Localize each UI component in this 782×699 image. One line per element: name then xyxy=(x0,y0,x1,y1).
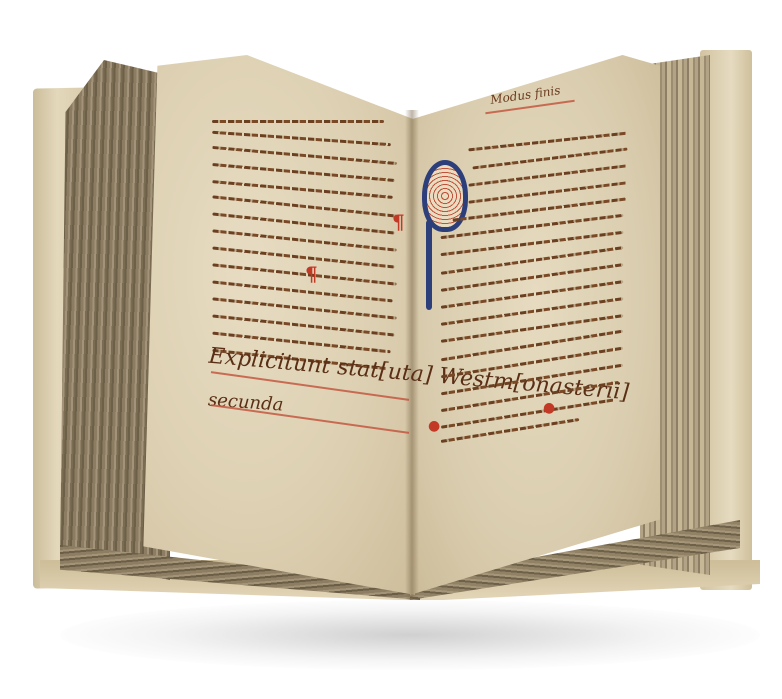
manuscript-photo: ¶ ¶ Explicitunt stat[uta] Westm[onasteri… xyxy=(0,0,782,699)
text-line xyxy=(212,131,391,147)
text-line xyxy=(212,180,393,199)
text-line xyxy=(212,163,395,182)
right-page-text-block xyxy=(428,140,628,446)
text-line xyxy=(212,314,395,336)
red-paragraph-mark: ● xyxy=(428,418,440,434)
book-shadow xyxy=(60,600,760,670)
red-paragraph-mark: ● xyxy=(543,400,555,416)
red-paragraph-mark: ¶ xyxy=(305,262,318,286)
red-paragraph-mark: ¶ xyxy=(392,210,405,234)
text-line xyxy=(441,347,623,379)
text-line xyxy=(212,146,397,165)
text-line xyxy=(441,364,623,396)
text-line xyxy=(212,120,384,123)
left-page-text-block xyxy=(212,120,407,375)
book-gutter xyxy=(405,110,419,600)
text-line xyxy=(441,330,623,362)
text-line xyxy=(441,398,615,428)
text-line xyxy=(441,381,619,412)
